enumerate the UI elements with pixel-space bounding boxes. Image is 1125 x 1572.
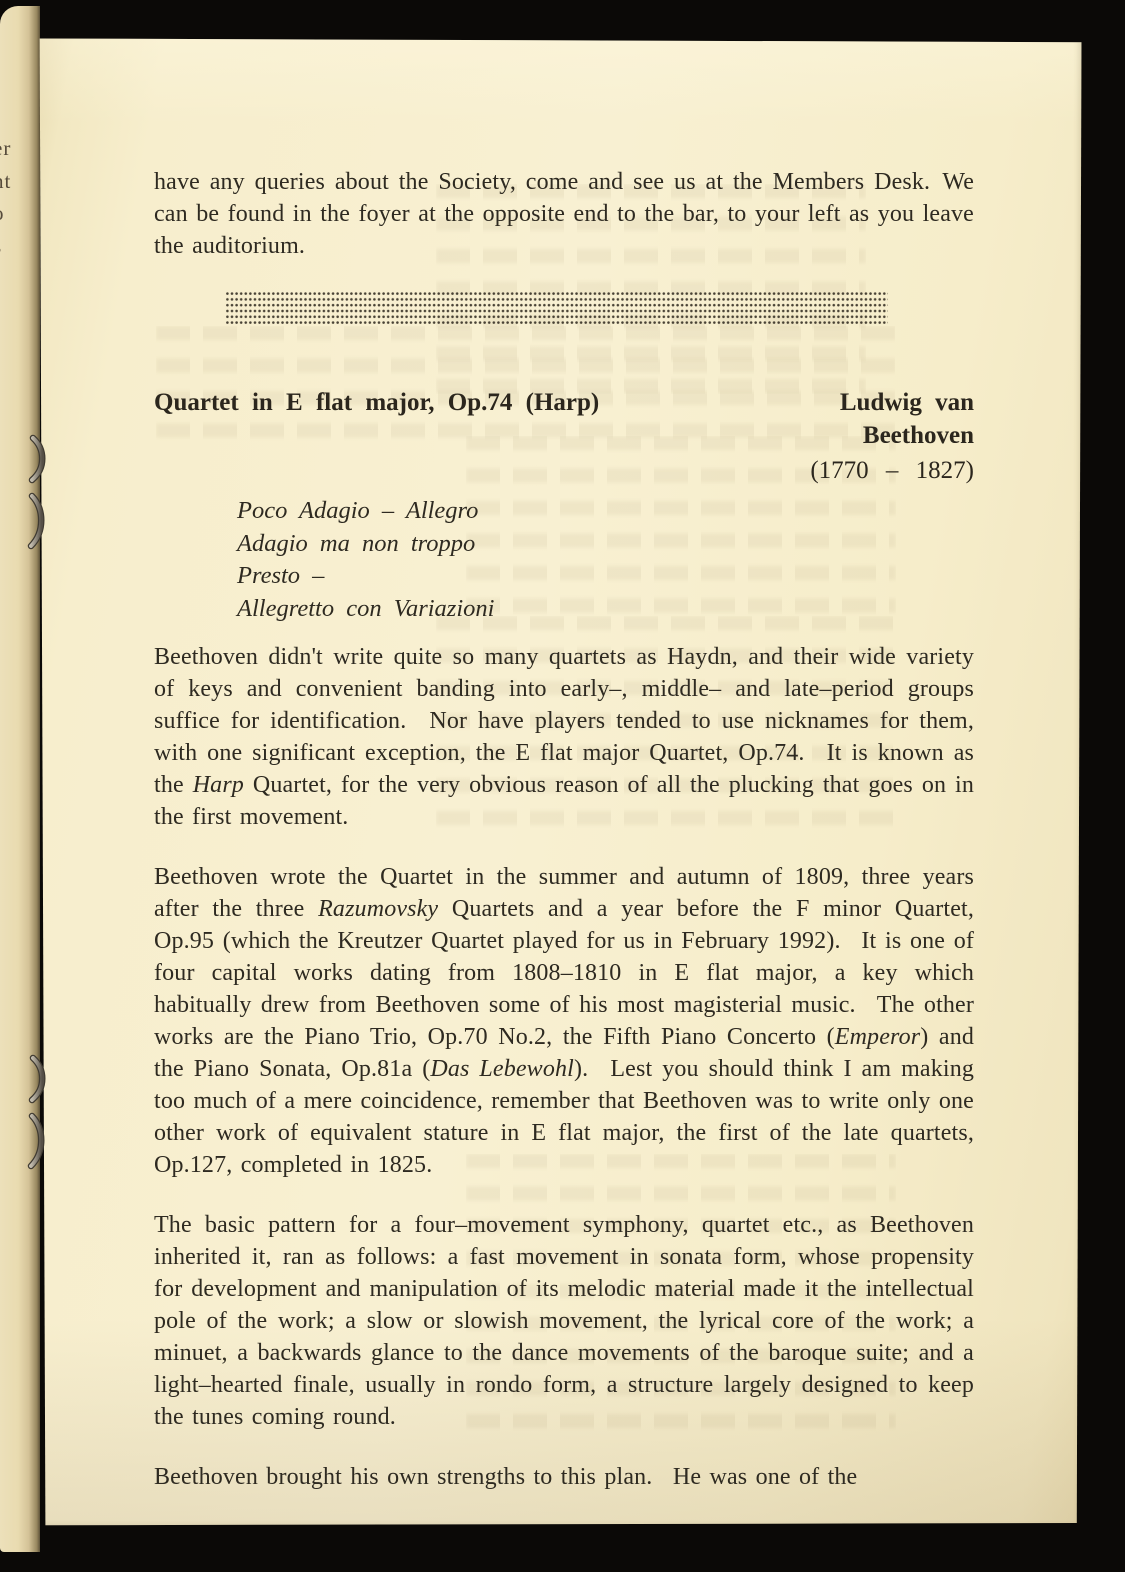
text-segment: The basic pattern for a four–movement sy… xyxy=(154,1212,974,1430)
work-title: Quartet in E flat major, Op.74 (Harp) xyxy=(154,386,723,419)
programme-page: have any queries about the Society, come… xyxy=(36,34,1082,1526)
work-header: Quartet in E flat major, Op.74 (Harp) Lu… xyxy=(154,386,974,487)
previous-page-edge: erhtos xyxy=(0,6,40,1552)
italic-term: Razumovsky xyxy=(318,896,438,922)
note-paragraph: The basic pattern for a four–movement sy… xyxy=(154,1209,974,1433)
programme-notes: Beethoven didn't write quite so many qua… xyxy=(154,641,974,1493)
movement-list: Poco Adagio – AllegroAdagio ma non tropp… xyxy=(237,495,974,625)
movement-item: Adagio ma non troppo xyxy=(237,528,974,561)
edge-text-fragments: erhtos xyxy=(0,132,11,262)
italic-term: Emperor xyxy=(835,1024,920,1050)
italic-term: Harp xyxy=(193,772,244,798)
text-segment: Beethoven brought his own strengths to t… xyxy=(154,1464,857,1490)
note-paragraph: Beethoven brought his own strengths to t… xyxy=(154,1461,974,1493)
text-segment: Quartet, for the very obvious reason of … xyxy=(154,772,974,830)
intro-paragraph: have any queries about the Society, come… xyxy=(154,166,974,262)
scanned-programme-photo: erhtos have any queries about the Societ… xyxy=(0,0,1125,1572)
edge-text-fragment: o xyxy=(0,197,11,230)
edge-text-fragment: s xyxy=(0,230,11,263)
movement-item: Poco Adagio – Allegro xyxy=(237,495,974,528)
italic-term: Das Lebewohl xyxy=(430,1056,574,1082)
note-paragraph: Beethoven wrote the Quartet in the summe… xyxy=(154,861,974,1181)
composer-dates: (1770 – 1827) xyxy=(723,454,974,487)
movement-item: Allegretto con Variazioni xyxy=(237,593,974,626)
staple-icon xyxy=(24,432,54,552)
staple-icon xyxy=(24,1052,54,1172)
note-paragraph: Beethoven didn't write quite so many qua… xyxy=(154,641,974,833)
edge-text-fragment: ht xyxy=(0,165,11,198)
page-content: have any queries about the Society, come… xyxy=(154,166,974,1493)
composer-name: Ludwig van Beethoven xyxy=(723,386,974,452)
dotted-separator xyxy=(226,292,888,326)
movement-item: Presto – xyxy=(237,560,974,593)
edge-text-fragment: er xyxy=(0,132,11,165)
composer-block: Ludwig van Beethoven (1770 – 1827) xyxy=(723,386,974,487)
